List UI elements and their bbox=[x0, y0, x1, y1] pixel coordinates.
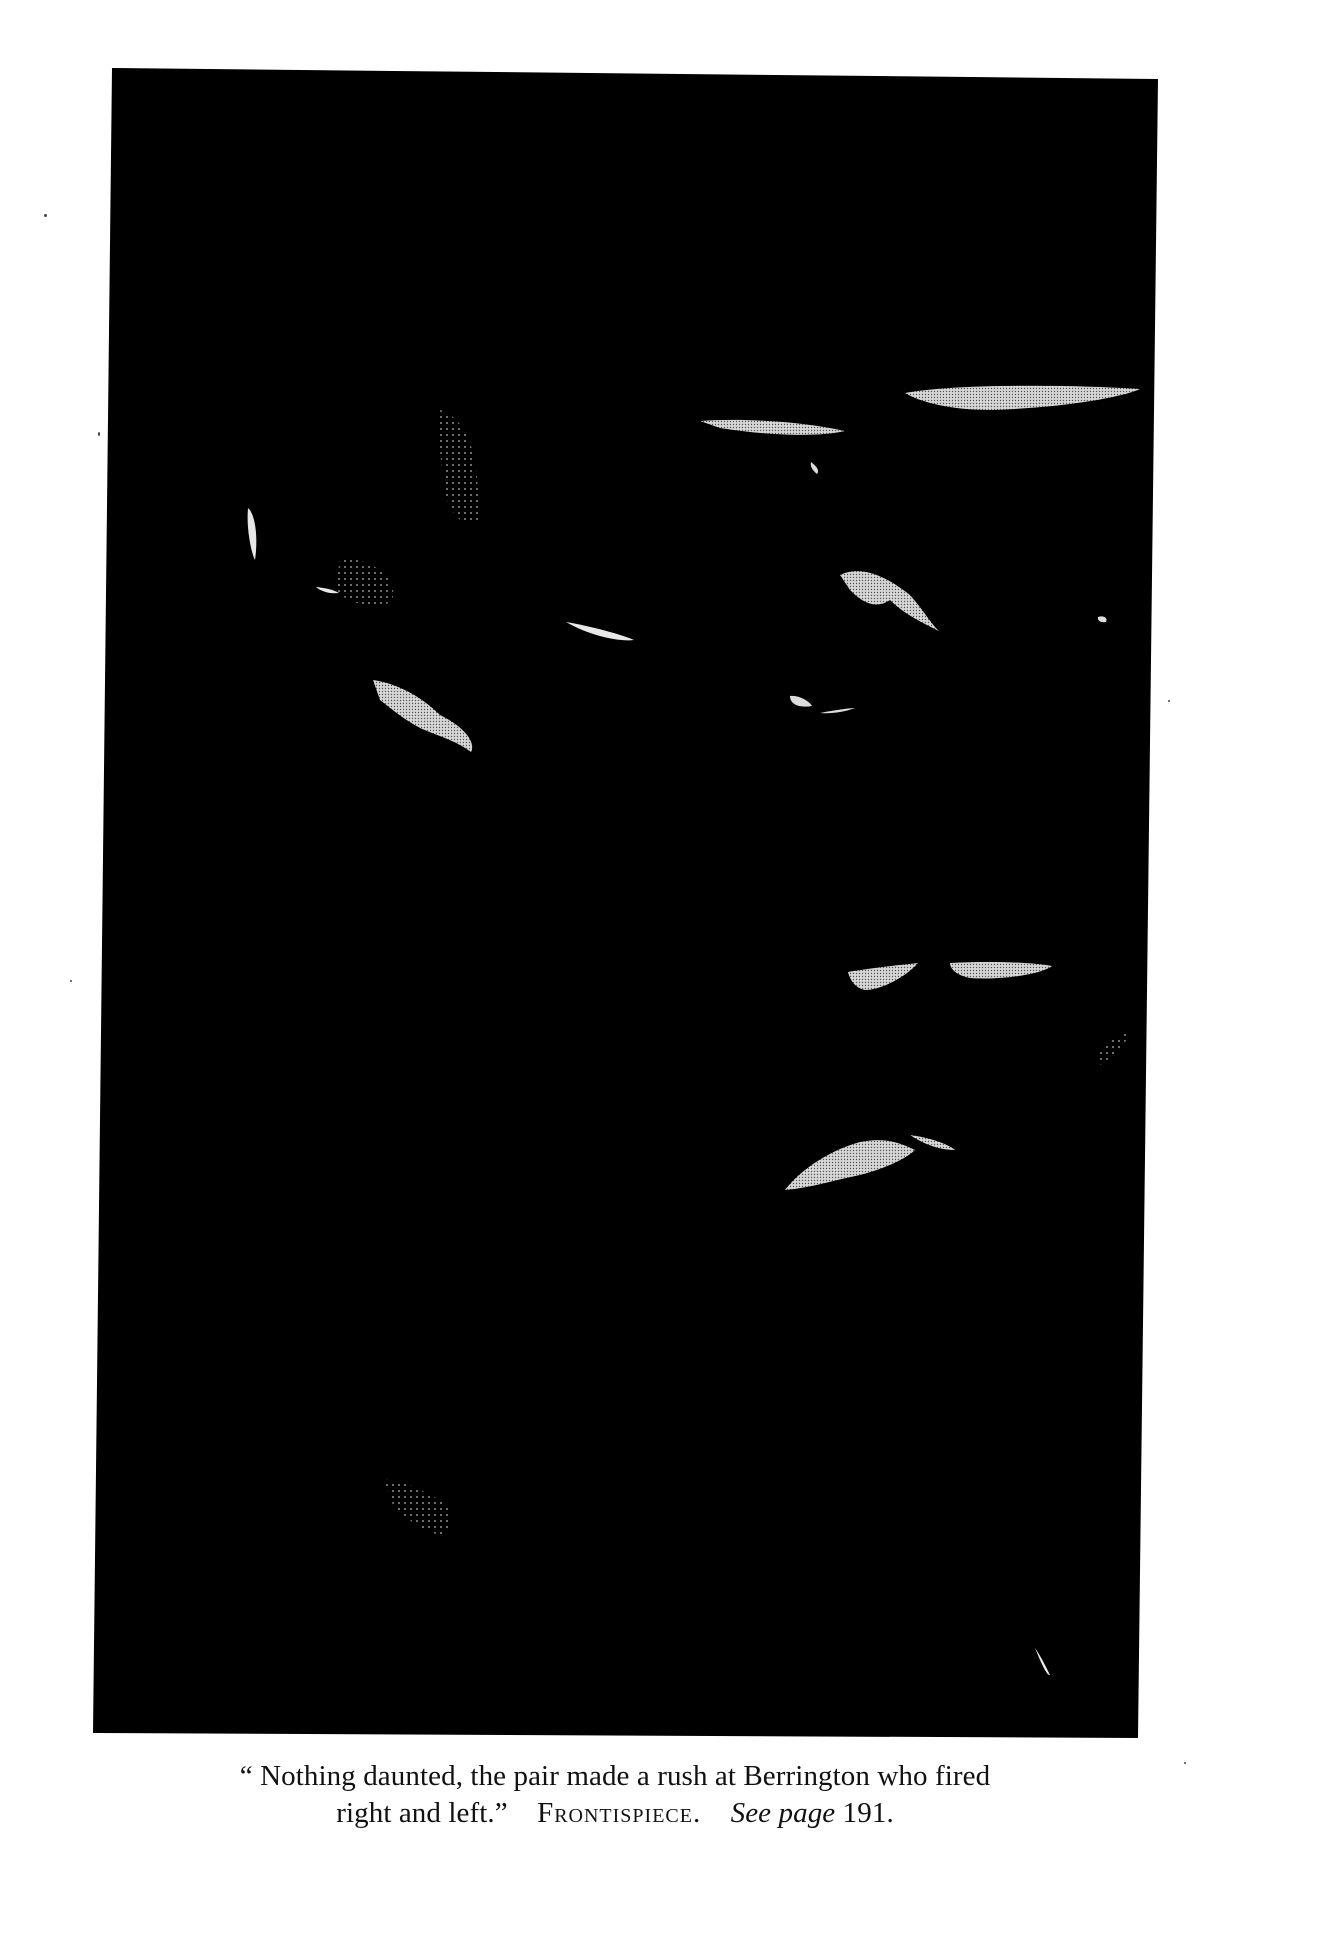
see-page-label: See page bbox=[731, 1797, 836, 1829]
scan-speck bbox=[70, 980, 72, 982]
scan-speck bbox=[44, 214, 47, 217]
frontispiece-caption: “ Nothing daunted, the pair made a rush … bbox=[100, 1758, 1130, 1832]
scan-speck bbox=[1184, 1762, 1186, 1764]
frontispiece-label: Frontispiece. bbox=[537, 1797, 701, 1829]
photo-plate bbox=[93, 68, 1158, 1738]
frontispiece-illustration bbox=[0, 0, 1327, 1760]
scan-speck bbox=[1168, 700, 1170, 702]
caption-line-1: “ Nothing daunted, the pair made a rush … bbox=[100, 1758, 1130, 1795]
caption-quote-end: right and left.” bbox=[336, 1797, 508, 1829]
scan-speck bbox=[98, 432, 100, 436]
page-reference: 191. bbox=[843, 1797, 894, 1829]
book-page: “ Nothing daunted, the pair made a rush … bbox=[0, 0, 1327, 1952]
illustration-canvas bbox=[0, 0, 1327, 1760]
caption-line-2: right and left.” Frontispiece. See page … bbox=[100, 1795, 1130, 1832]
